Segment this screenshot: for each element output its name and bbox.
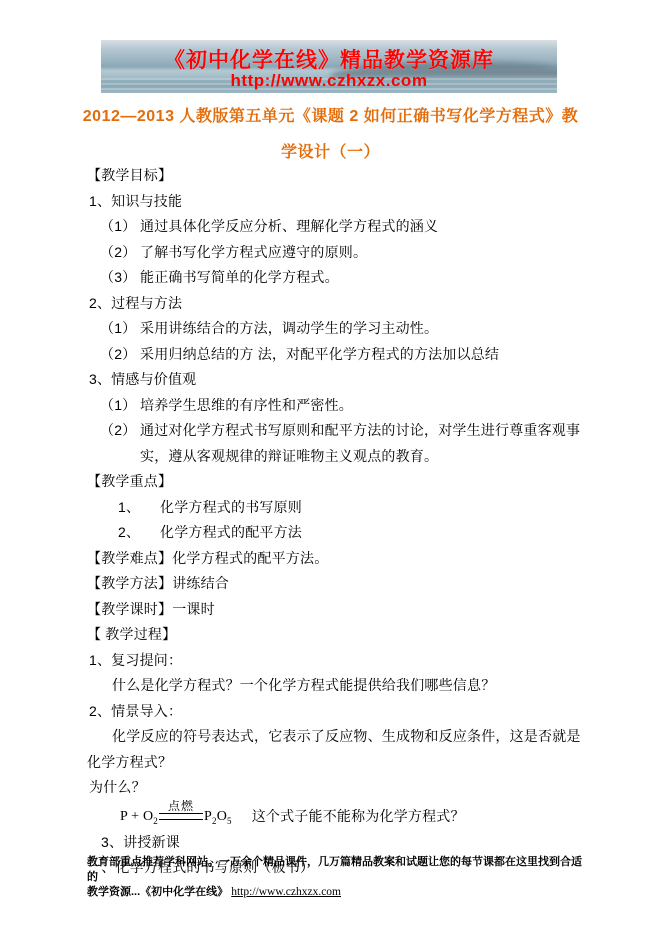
- list-item-text: 采用归纳总结的方 法，对配平化学方程式的方法加以总结: [140, 342, 583, 368]
- document-title: 2012—2013 人教版第五单元《课题 2 如何正确书写化学方程式》教 学设计…: [0, 99, 661, 171]
- list-item-text: 通过对化学方程式书写原则和配平方法的讨论，对学生进行尊重客观事实，遵从客观规律的…: [140, 418, 583, 469]
- site-banner-image: 《初中化学在线》精品教学资源库 http://www.czhxzx.com: [101, 40, 557, 93]
- site-banner-url-link[interactable]: http://www.czhxzx.com: [101, 72, 557, 90]
- list-item-marker: （2）: [100, 240, 140, 266]
- equation-double-line: 点燃: [159, 813, 203, 820]
- list-item: （1） 通过具体化学反应分析、理解化学方程式的涵义: [87, 214, 583, 240]
- document-title-line-1: 2012—2013 人教版第五单元《课题 2 如何正确书写化学方程式》教: [0, 99, 661, 135]
- site-banner-text: 《初中化学在线》精品教学资源库 http://www.czhxzx.com: [101, 49, 557, 90]
- heading-teaching-periods: 【教学课时】一课时: [87, 597, 583, 623]
- list-item-marker: （1）: [100, 316, 140, 342]
- list-item-text: 了解书写化学方程式应遵守的原则。: [140, 240, 583, 266]
- footer-line-1: 教育部重点推荐学科网站。一万余个精品课件，几万篇精品教案和试题让您的每节课都在这…: [87, 855, 589, 885]
- review-question-text: 什么是化学方程式？一个化学方程式能提供给我们哪些信息？: [87, 673, 583, 699]
- step-scenario-intro: 2、情景导入：: [87, 699, 583, 725]
- list-item: 2、 化学方程式的配平方法: [87, 520, 583, 546]
- heading-teaching-difficulties: 【教学难点】化学方程式的配平方法。: [87, 546, 583, 572]
- list-item-marker: （2）: [100, 418, 140, 469]
- step-new-lesson: 3、讲授新课: [87, 830, 583, 856]
- subheading-process-methods: 2、过程与方法: [87, 291, 583, 317]
- step-review-question: 1、复习提问：: [87, 648, 583, 674]
- list-item-text: 化学方程式的配平方法: [160, 520, 583, 546]
- document-page: 《初中化学在线》精品教学资源库 http://www.czhxzx.com 20…: [0, 0, 661, 935]
- list-item-text: 通过具体化学反应分析、理解化学方程式的涵义: [140, 214, 583, 240]
- list-item-marker: （3）: [100, 265, 140, 291]
- list-item-text: 能正确书写简单的化学方程式。: [140, 265, 583, 291]
- chemical-equation: P + O2 点燃 P2O5 这个式子能不能称为化学方程式？: [87, 804, 583, 830]
- heading-teaching-key-points: 【教学重点】: [87, 469, 583, 495]
- list-item: （2） 采用归纳总结的方 法，对配平化学方程式的方法加以总结: [87, 342, 583, 368]
- footer-url-link[interactable]: http://www.czhxzx.com: [231, 886, 341, 898]
- subscript: 2: [153, 816, 158, 826]
- site-banner-title: 《初中化学在线》精品教学资源库: [101, 49, 557, 72]
- list-item-marker: 1、: [118, 495, 160, 521]
- list-item: （1） 采用讲练结合的方法，调动学生的学习主动性。: [87, 316, 583, 342]
- list-item-text: 化学方程式的书写原则: [160, 495, 583, 521]
- subscript: 5: [227, 816, 232, 826]
- heading-teaching-goals: 【教学目标】: [87, 163, 583, 189]
- list-item: （3） 能正确书写简单的化学方程式。: [87, 265, 583, 291]
- list-item: （1） 培养学生思维的有序性和严密性。: [87, 393, 583, 419]
- list-item: （2） 通过对化学方程式书写原则和配平方法的讨论，对学生进行尊重客观事实，遵从客…: [87, 418, 583, 469]
- heading-teaching-process: 【 教学过程】: [87, 622, 583, 648]
- equation-question-text: 这个式子能不能称为化学方程式？: [252, 804, 465, 830]
- page-footer: 教育部重点推荐学科网站。一万余个精品课件，几万篇精品教案和试题让您的每节课都在这…: [87, 855, 589, 900]
- scenario-intro-text-2: 为什么？: [87, 775, 583, 801]
- list-item: （2） 了解书写化学方程式应遵守的原则。: [87, 240, 583, 266]
- footer-line-2: 教学资源...《初中化学在线》 http://www.czhxzx.com: [87, 885, 589, 900]
- footer-line-2-text: 教学资源...《初中化学在线》: [87, 886, 228, 898]
- document-body: 【教学目标】 1、知识与技能 （1） 通过具体化学反应分析、理解化学方程式的涵义…: [87, 163, 583, 881]
- subheading-emotion-values: 3、情感与价值观: [87, 367, 583, 393]
- scenario-intro-text: 化学反应的符号表达式，它表示了反应物、生成物和反应条件，这是否就是化学方程式？: [87, 724, 583, 775]
- reaction-condition-label: 点燃: [168, 794, 194, 820]
- equation-products: P2O5: [204, 804, 232, 830]
- subheading-knowledge-skills: 1、知识与技能: [87, 189, 583, 215]
- heading-teaching-methods: 【教学方法】讲练结合: [87, 571, 583, 597]
- list-item-marker: （1）: [100, 214, 140, 240]
- list-item: 1、 化学方程式的书写原则: [87, 495, 583, 521]
- list-item-marker: （2）: [100, 342, 140, 368]
- equation-reactants: P + O2: [120, 804, 158, 830]
- list-item-marker: 2、: [118, 520, 160, 546]
- list-item-text: 培养学生思维的有序性和严密性。: [140, 393, 583, 419]
- list-item-text: 采用讲练结合的方法，调动学生的学习主动性。: [140, 316, 583, 342]
- list-item-marker: （1）: [100, 393, 140, 419]
